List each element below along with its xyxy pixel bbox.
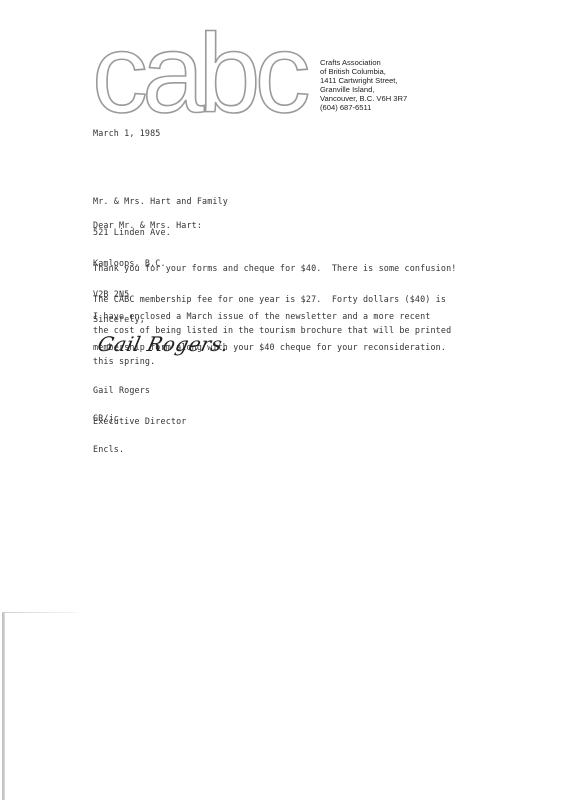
organization-address-block: Crafts Association of British Columbia, … — [320, 59, 407, 112]
handwritten-signature: Gail Rogers. — [95, 332, 231, 356]
scan-edge-shadow — [2, 613, 5, 800]
enclosures-note: Encls. — [93, 444, 124, 454]
reference-block: GR/jc Encls. — [93, 392, 124, 475]
scan-edge-line — [2, 612, 77, 613]
closing: Sincerely, — [93, 314, 145, 324]
letter-date: March 1, 1985 — [93, 128, 161, 138]
reference-initials: GR/jc — [93, 413, 124, 423]
body-line: I have enclosed a March issue of the new… — [93, 311, 446, 321]
recipient-line: Mr. & Mrs. Hart and Family — [93, 196, 228, 206]
salutation: Dear Mr. & Mrs. Hart: — [93, 220, 202, 230]
letter-page: cabc Crafts Association of British Colum… — [0, 0, 565, 800]
body-line: Thank you for your forms and cheque for … — [93, 263, 456, 273]
cabc-logo: cabc — [92, 18, 305, 130]
org-line: (604) 687-6511 — [320, 104, 407, 113]
